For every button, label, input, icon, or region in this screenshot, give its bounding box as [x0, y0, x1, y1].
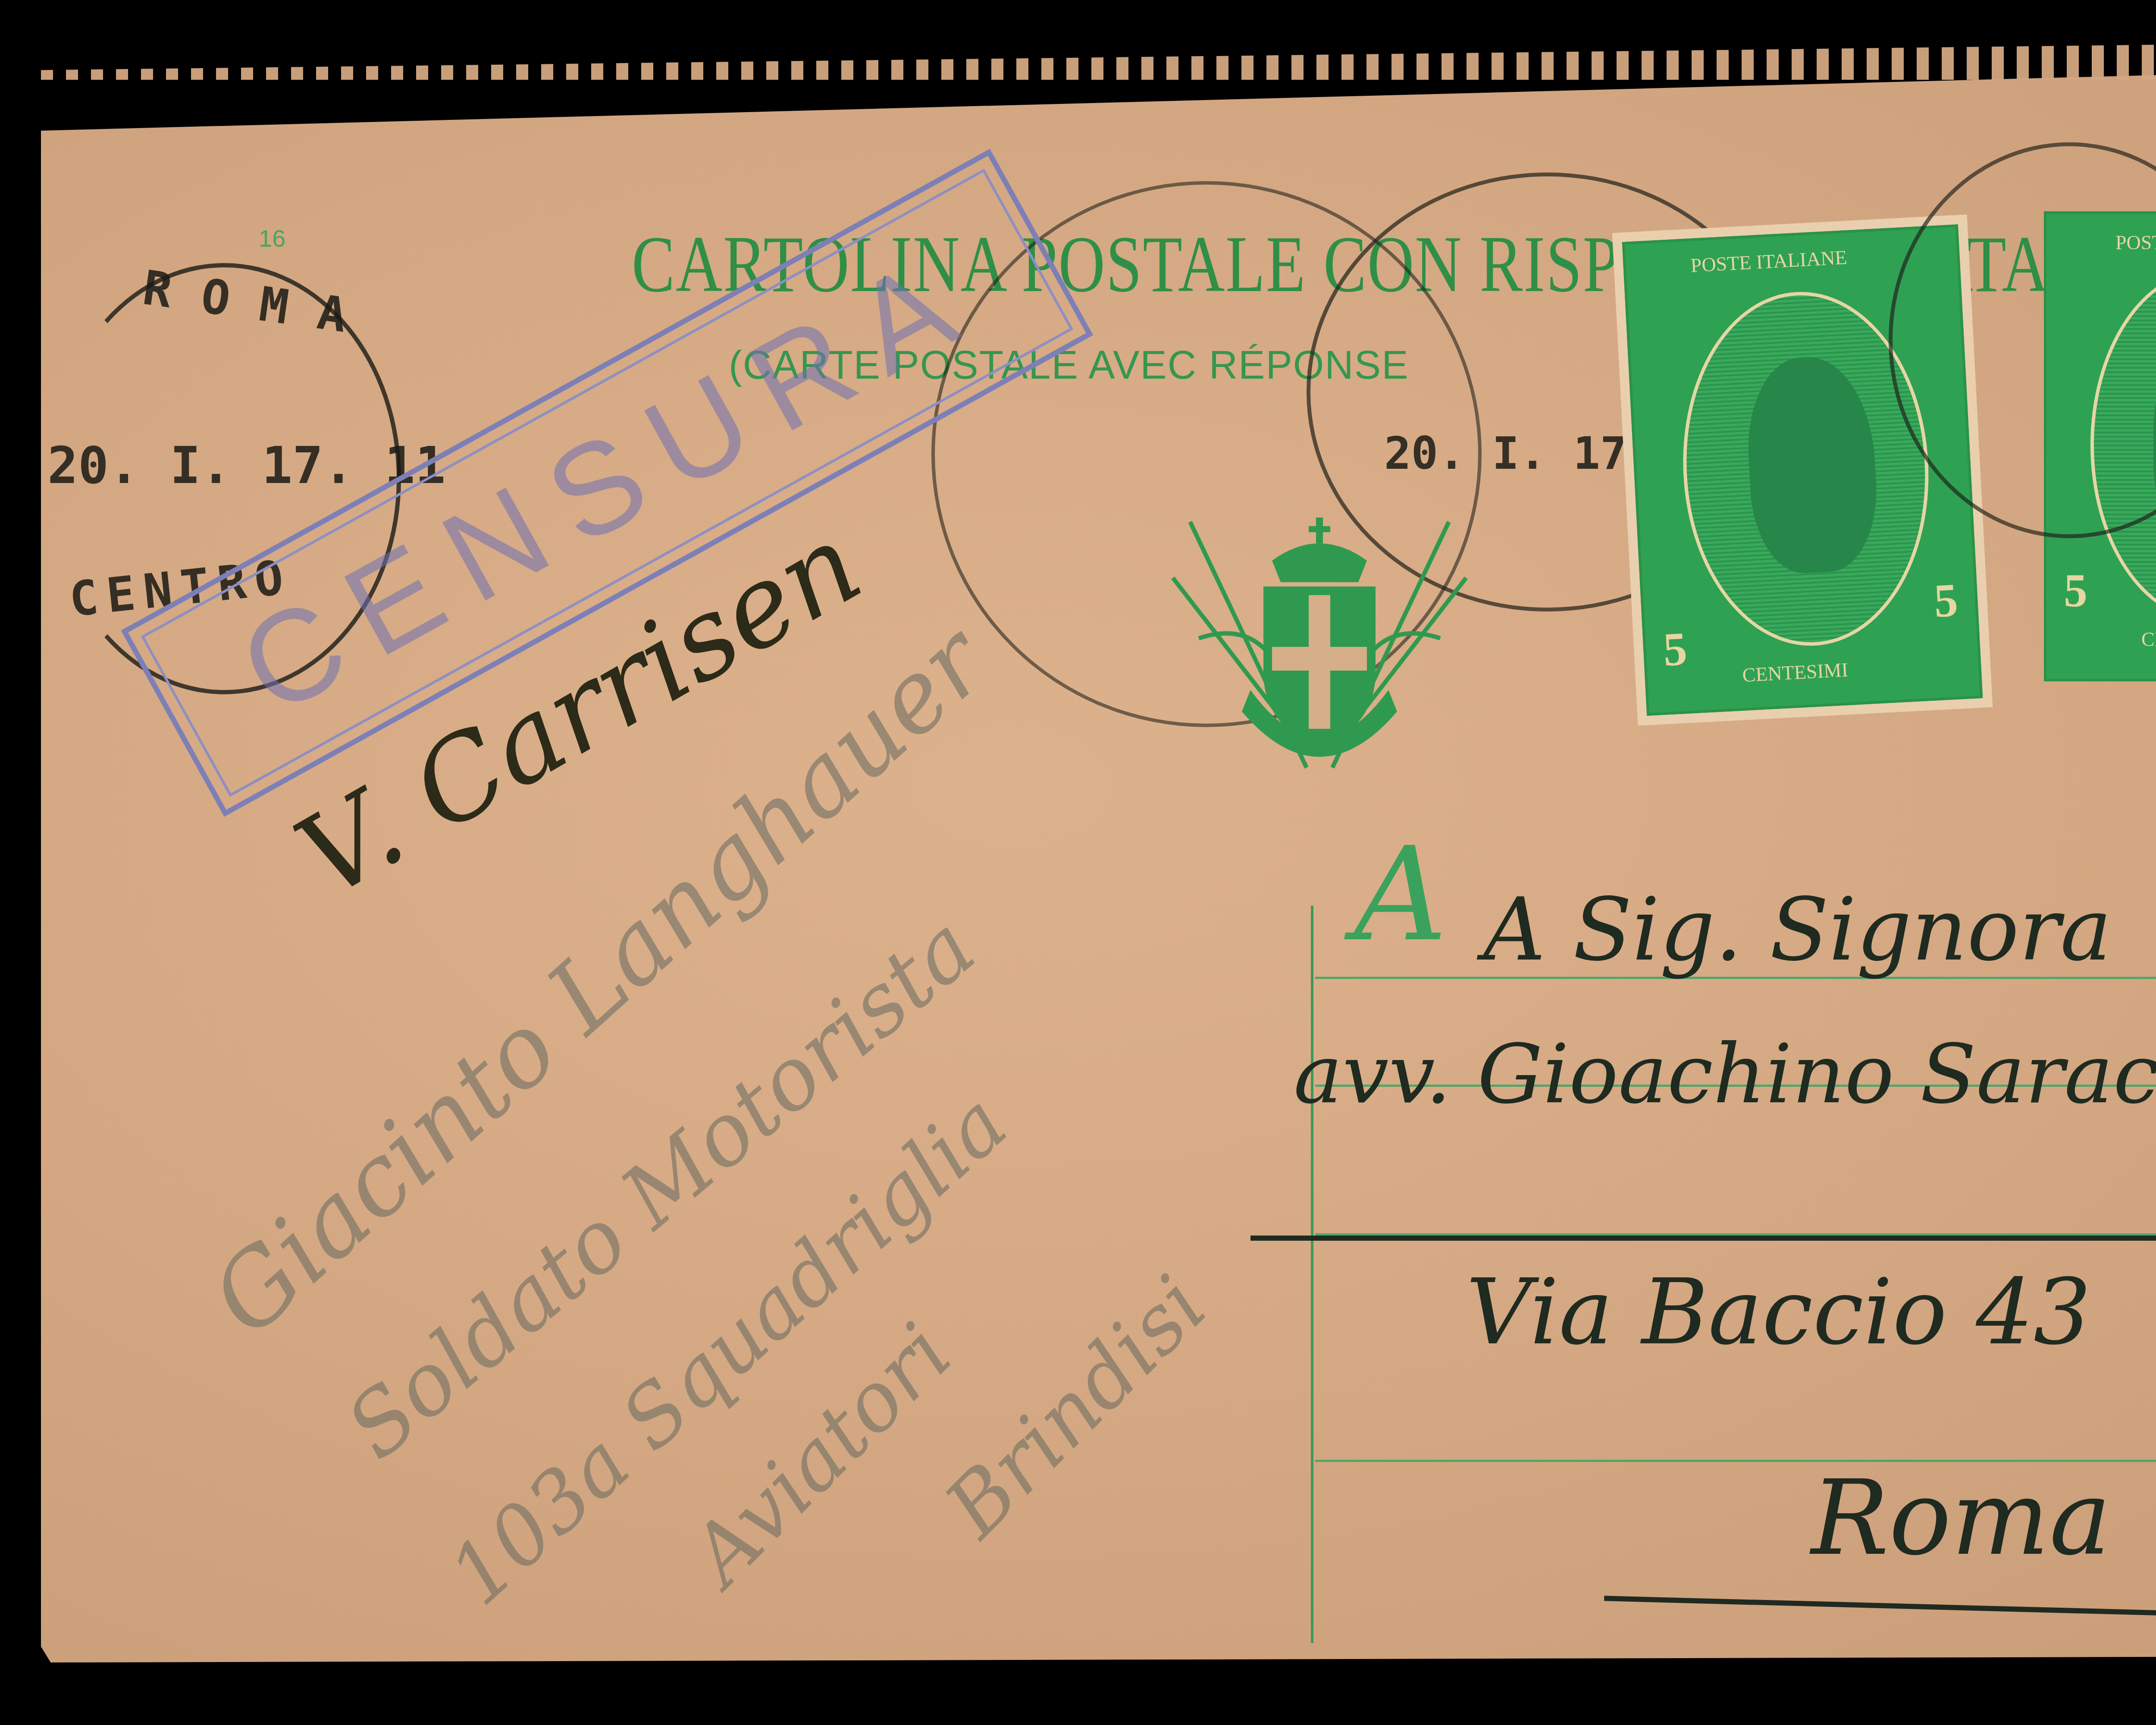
address-margin-line	[1311, 906, 1313, 1643]
recipient-line-4: Roma	[1811, 1458, 2111, 1578]
perforated-top-edge	[41, 41, 2156, 80]
postmark-middle-date: 20. I. 17.	[1384, 427, 1654, 480]
stamp-value-right: 5	[1933, 573, 1959, 629]
address-prefix: A	[1354, 819, 1448, 970]
savoy-coat-of-arms-icon	[1164, 509, 1475, 793]
recipient-line-2: avv. Gioachino Saracini	[1294, 1026, 2156, 1122]
stamp-denomination: CENTESIMI	[1742, 658, 1849, 687]
stamp-denomination: CENTESIMI	[2141, 628, 2156, 651]
stamp-value-left: 5	[2064, 563, 2087, 618]
stamp-value-left: 5	[1662, 621, 1689, 677]
stamp-issuer: POSTE ITALIANE	[1690, 246, 1847, 277]
recipient-line-3: Via Baccio 43	[1466, 1259, 2091, 1365]
address-underline	[1250, 1236, 2156, 1241]
plate-number: 16	[259, 224, 285, 252]
recipient-line-1: A Sig. Signora	[1483, 880, 2112, 980]
